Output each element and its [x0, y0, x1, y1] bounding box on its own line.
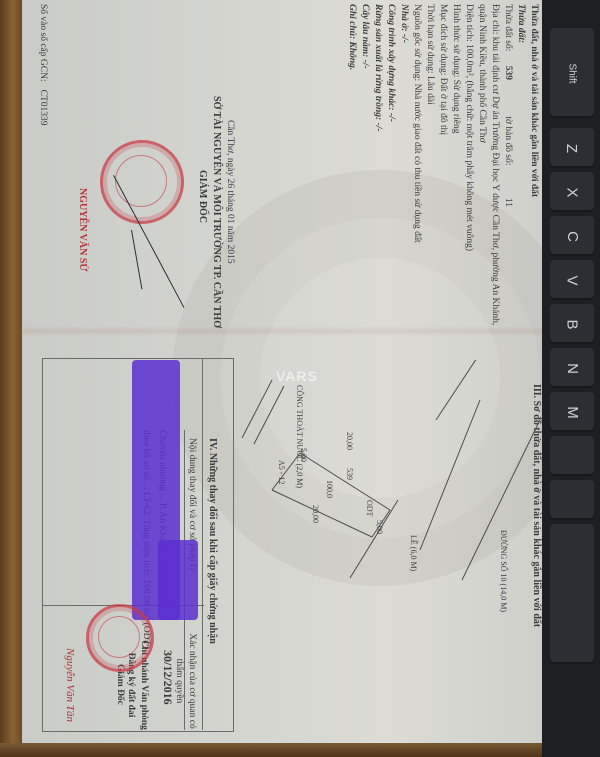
- key-n[interactable]: N: [550, 348, 594, 388]
- key-blank[interactable]: [550, 436, 594, 476]
- keyboard: Shift Z X C V B N M: [542, 0, 600, 757]
- lot-id: A5 - 12: [277, 460, 286, 484]
- usage-origin: Nguồn gốc sử dụng: Nhà nước giao đất có …: [410, 4, 423, 325]
- key-blank[interactable]: [550, 480, 594, 520]
- wooden-table-bottom: [0, 743, 600, 757]
- redaction-mark: [158, 540, 198, 620]
- gcn-number: Số vào sổ cấp GCN: CT01339: [36, 4, 54, 125]
- confirm-signer: Nguyễn Văn Tân: [63, 648, 76, 722]
- land-use-certificate: Thửa đất, nhà ở và tài sản khác gắn liền…: [22, 0, 544, 743]
- parcel-number-row: Thửa đất số: 539 tờ bản đồ số: 11: [501, 4, 514, 325]
- parcel-area-diagram: 100,0: [325, 480, 334, 498]
- dim-right: 5,00: [375, 520, 384, 534]
- address: Địa chỉ: khu tái định cư Dự án Trường Đạ…: [488, 4, 501, 325]
- signing-place-date: Cần Thơ, ngày 26 tháng 01 năm 2015: [223, 120, 236, 264]
- other-construction: Công trình xây dựng khác: -/-: [384, 4, 397, 325]
- key-x[interactable]: X: [550, 172, 594, 212]
- key-m[interactable]: M: [550, 392, 594, 432]
- key-space[interactable]: [550, 524, 594, 664]
- area: Diện tích: 100,0m², (bằng chữ: một trăm …: [462, 4, 475, 325]
- signature-stroke: [131, 230, 142, 289]
- key-b[interactable]: B: [550, 304, 594, 344]
- vars-watermark: VARS: [276, 368, 318, 384]
- usage-purpose: Mục đích sử dụng: Đất ở tại đô thị: [436, 4, 449, 325]
- key-z[interactable]: Z: [550, 128, 594, 168]
- production-forest: Rừng sản xuất là rừng trồng: -/-: [371, 4, 384, 325]
- director-title: GIÁM ĐỐC: [197, 170, 208, 223]
- road-left-label: CÔNG THOÁT NƯỚC (2,0 M): [295, 385, 304, 488]
- parcel-diagram: [240, 360, 540, 660]
- table-divider: [202, 358, 203, 730]
- key-shift[interactable]: Shift: [550, 28, 594, 118]
- branch-red-stamp: [86, 604, 154, 672]
- dim-bottom: 20,00: [311, 505, 320, 523]
- house: Nhà ở: -/-: [397, 4, 410, 325]
- land-subtitle: Thửa đất:: [514, 4, 527, 325]
- wooden-table-edge: [0, 0, 22, 757]
- usage-term: Thời hạn sử dụng: Lâu dài: [423, 4, 436, 325]
- changes-section-title: IV. Những thay đổi sau khi cấp giấy chứn…: [207, 438, 218, 644]
- col-confirm-header: Xác nhận của cơ quan có thẩm quyền: [172, 626, 198, 736]
- land-code: ODT: [365, 500, 374, 516]
- dim-top: 20,00: [345, 432, 354, 450]
- confirm-date: 30/12/2016: [161, 650, 174, 705]
- dim-left: 5,00: [299, 448, 308, 462]
- notes: Ghi chú: Không.: [345, 4, 358, 325]
- road-top-label: ĐƯỜNG SỐ 10 (14,0 M): [499, 530, 508, 612]
- address-line2: quận Ninh Kiều, thành phố Cần Thơ: [475, 4, 488, 325]
- parcel-number-diagram: 539: [345, 468, 354, 480]
- key-c[interactable]: C: [550, 216, 594, 256]
- usage-form: Hình thức sử dụng: Sử dụng riêng: [449, 4, 462, 325]
- issuing-authority: SỞ TÀI NGUYÊN VÀ MÔI TRƯỜNG TP. CẦN THƠ: [211, 96, 222, 328]
- land-section-title: Thửa đất, nhà ở và tài sản khác gắn liền…: [527, 4, 540, 325]
- signer-name: NGUYỄN VĂN SỬ: [77, 188, 88, 271]
- official-red-stamp: [100, 140, 184, 224]
- road-bottom-label: LỀ (6,0 M): [409, 535, 418, 571]
- key-v[interactable]: V: [550, 260, 594, 300]
- land-info-section: Thửa đất, nhà ở và tài sản khác gắn liền…: [345, 4, 540, 325]
- paper-fold: [22, 326, 544, 336]
- perennial-trees: Cây lâu năm: -/-: [358, 4, 371, 325]
